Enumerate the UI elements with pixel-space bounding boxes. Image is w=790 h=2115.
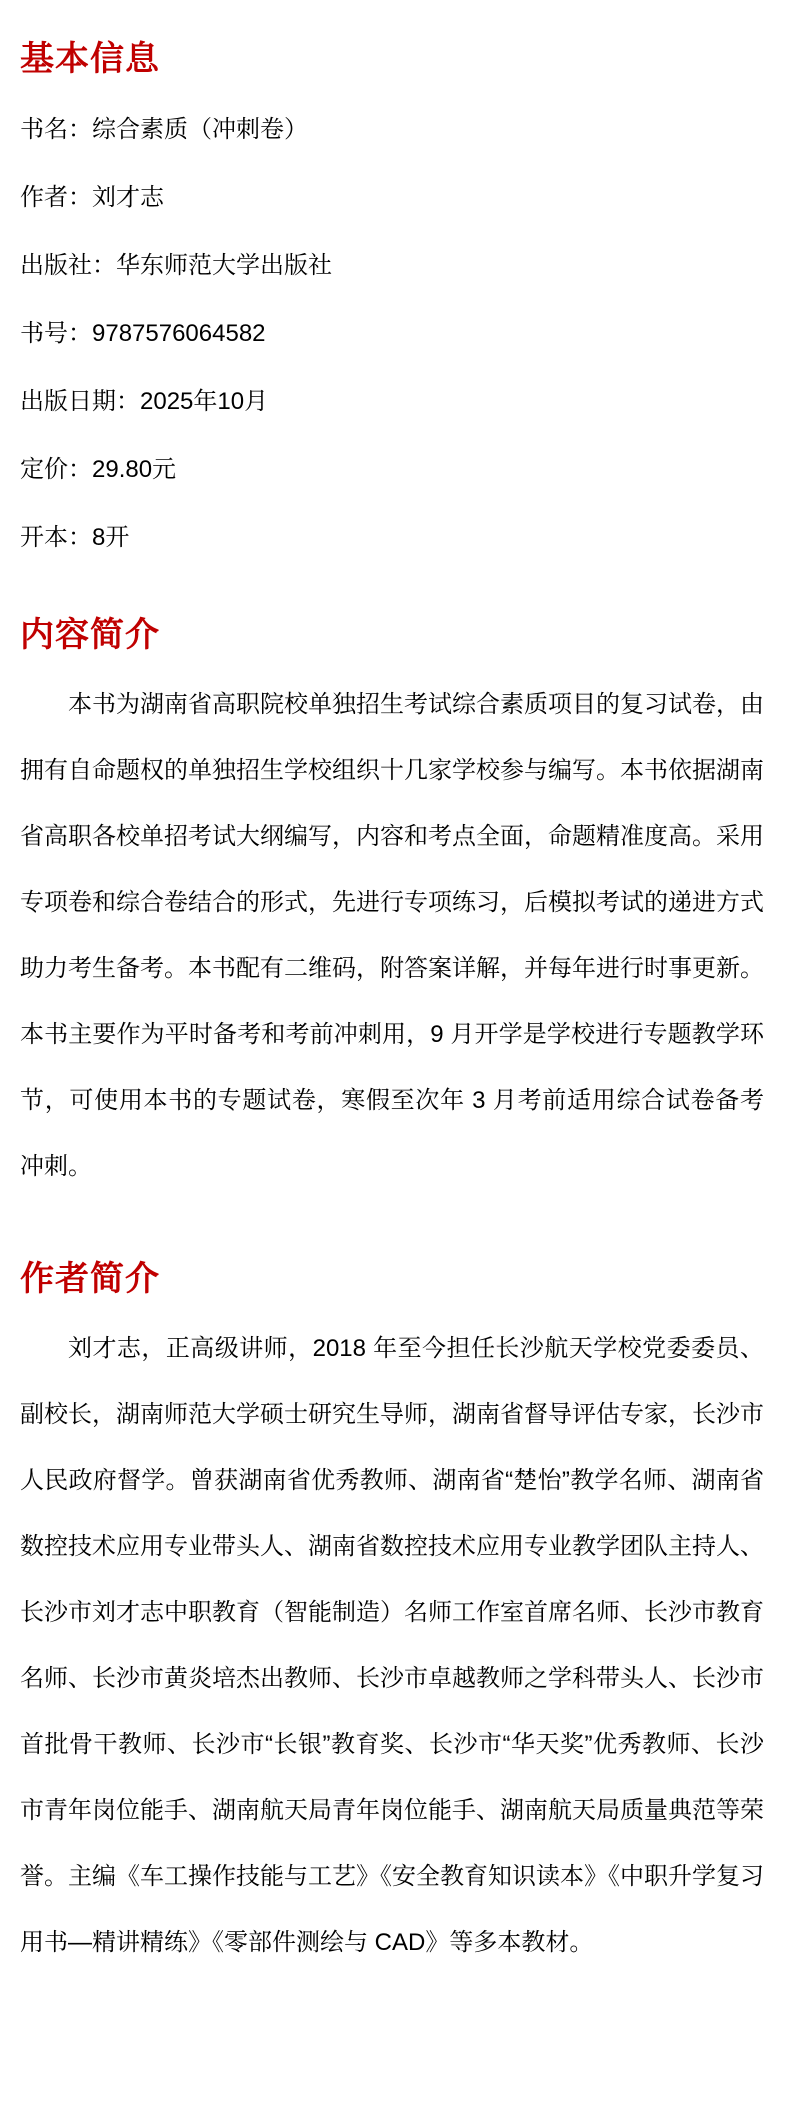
content-intro-heading: 内容简介	[20, 612, 764, 658]
info-line-format: 开本：8开	[20, 520, 764, 556]
info-line-author: 作者：刘才志	[20, 180, 764, 216]
author-intro-paragraph: 刘才志，正高级讲师，2018 年至今担任长沙航天学校党委委员、副校长，湖南师范大…	[20, 1316, 764, 1976]
info-line-book-title: 书名：综合素质（冲刺卷）	[20, 112, 764, 148]
section-content-intro: 内容简介 本书为湖南省高职院校单独招生考试综合素质项目的复习试卷，由拥有自命题权…	[20, 612, 764, 1200]
info-line-publisher: 出版社：华东师范大学出版社	[20, 248, 764, 284]
section-basic-info: 基本信息 书名：综合素质（冲刺卷） 作者：刘才志 出版社：华东师范大学出版社 书…	[20, 36, 764, 556]
info-line-price: 定价：29.80元	[20, 452, 764, 488]
basic-info-list: 书名：综合素质（冲刺卷） 作者：刘才志 出版社：华东师范大学出版社 书号：978…	[20, 112, 764, 556]
info-line-isbn: 书号：9787576064582	[20, 316, 764, 352]
basic-info-heading: 基本信息	[20, 36, 764, 82]
author-intro-heading: 作者简介	[20, 1256, 764, 1302]
section-author-intro: 作者简介 刘才志，正高级讲师，2018 年至今担任长沙航天学校党委委员、副校长，…	[20, 1256, 764, 1976]
book-detail-page: 基本信息 书名：综合素质（冲刺卷） 作者：刘才志 出版社：华东师范大学出版社 书…	[0, 0, 790, 2115]
content-intro-paragraph: 本书为湖南省高职院校单独招生考试综合素质项目的复习试卷，由拥有自命题权的单独招生…	[20, 672, 764, 1200]
info-line-publish-date: 出版日期：2025年10月	[20, 384, 764, 420]
